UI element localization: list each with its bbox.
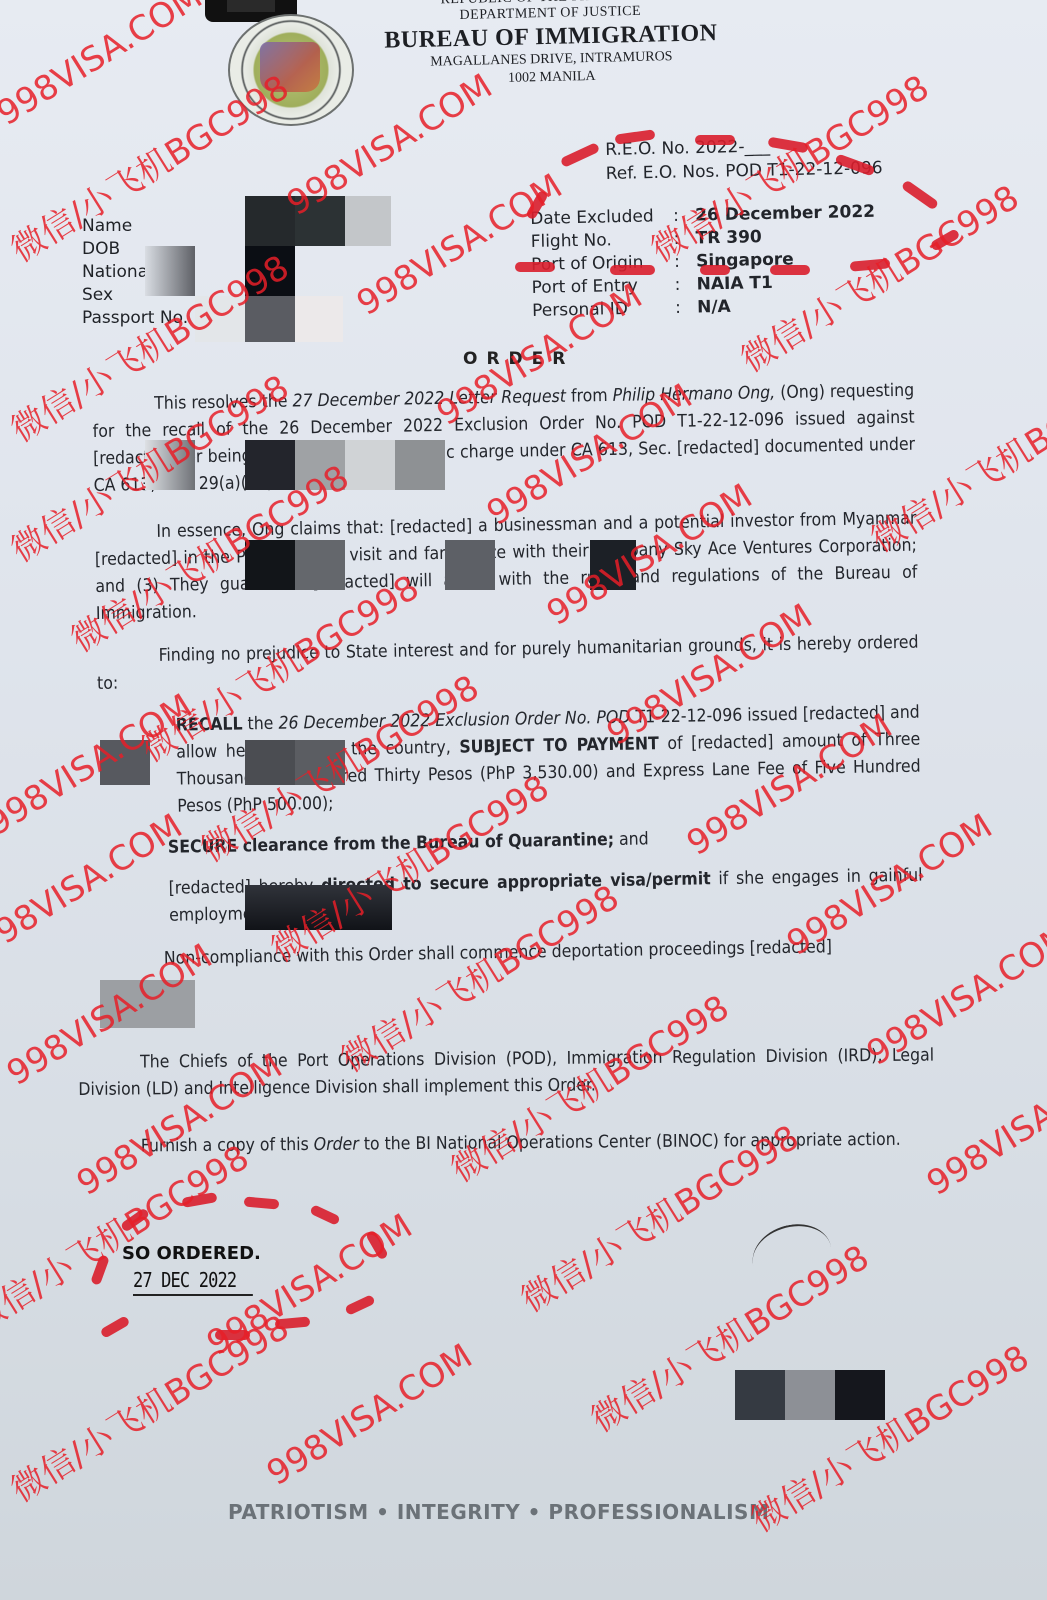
redaction-mosaic	[295, 440, 345, 490]
paragraph-request: This resolves the 27 December 2022 Lette…	[92, 378, 916, 500]
closing-body: The Chiefs of the Port Operations Divisi…	[78, 1043, 935, 1161]
watermark: 微信/小飞机BGC998	[0, 1301, 297, 1512]
redaction-mosaic	[245, 440, 295, 490]
redaction-mosaic	[345, 196, 391, 246]
annotation-dash	[215, 1330, 250, 1340]
annotation-dash	[90, 1254, 110, 1286]
annotation-dash	[695, 135, 735, 145]
redaction-mosaic	[145, 440, 195, 490]
annotation-dash	[610, 265, 655, 275]
annotation-dash	[901, 179, 940, 210]
annotation-dash	[120, 1207, 150, 1232]
watermark: 998VISA.COM	[920, 1046, 1047, 1204]
redaction-mosaic	[295, 296, 343, 342]
annotation-dash	[850, 258, 891, 271]
redaction-mosaic	[445, 540, 495, 590]
so-ordered: SO ORDERED.	[122, 1243, 261, 1264]
annotation-dash	[515, 262, 555, 272]
order-item-recall: RECALL the 26 December 2022 Exclusion Or…	[98, 700, 922, 822]
label-passport: Passport No.	[82, 307, 188, 330]
order-body: This resolves the 27 December 2022 Lette…	[92, 378, 924, 974]
redaction-mosaic	[295, 196, 345, 246]
redaction-mosaic	[785, 1370, 835, 1420]
redaction-mosaic	[100, 980, 195, 1028]
redaction-mosaic	[835, 1370, 885, 1420]
redaction-mosaic	[395, 440, 445, 490]
flight-info: Date Excluded:26 December 2022 Flight No…	[530, 201, 877, 323]
order-title: ORDER	[463, 349, 574, 369]
redaction-mosaic	[245, 885, 392, 930]
redaction-mosaic	[245, 196, 295, 246]
annotation-dash	[770, 265, 810, 275]
annotation-dash	[244, 1196, 280, 1209]
annotation-dash	[100, 1315, 131, 1339]
annotation-dash	[181, 1192, 217, 1208]
redaction-mosaic	[100, 740, 150, 785]
redaction-mosaic	[735, 1370, 785, 1420]
annotation-dash	[365, 1230, 389, 1261]
paragraph-essence: In essence, Ong claims that: [redacted] …	[94, 506, 918, 628]
redaction-mosaic	[195, 296, 245, 342]
annotation-dash	[700, 265, 730, 275]
document-page: REPUBLIC OF THE PHILIPPINES DEPARTMENT O…	[0, 0, 1047, 1600]
redaction-mosaic	[295, 540, 345, 590]
annotation-dash	[309, 1204, 340, 1226]
letterhead: REPUBLIC OF THE PHILIPPINES DEPARTMENT O…	[370, 0, 732, 90]
date-stamp: 27 DEC 2022	[133, 1268, 253, 1296]
paragraph-implement: The Chiefs of the Port Operations Divisi…	[78, 1043, 934, 1104]
annotation-dash	[560, 142, 600, 168]
signature-stroke	[747, 1219, 837, 1294]
label-name: Name	[82, 215, 188, 238]
redaction-mosaic	[245, 296, 295, 342]
redaction-mosaic	[145, 246, 195, 296]
annotation-dash	[344, 1294, 375, 1316]
footer-motto: PATRIOTISM • INTEGRITY • PROFESSIONALISM	[228, 1500, 769, 1524]
watermark: 微信/小飞机BGC998	[0, 1131, 257, 1342]
redaction-mosaic	[345, 440, 395, 490]
annotation-dash	[275, 1316, 311, 1329]
annotation-dash	[930, 228, 961, 252]
redaction-mosaic	[590, 540, 636, 590]
bureau-seal-icon	[228, 14, 354, 126]
watermark: 微信/小飞机BGC998	[740, 1331, 1037, 1542]
redaction-mosaic	[245, 740, 295, 785]
redaction-mosaic	[295, 740, 345, 785]
watermark: 998VISA.COM	[260, 1336, 479, 1494]
watermark: 998VISA.COM	[0, 0, 209, 134]
redaction-mosaic	[245, 246, 295, 296]
redaction-mosaic	[245, 540, 295, 590]
